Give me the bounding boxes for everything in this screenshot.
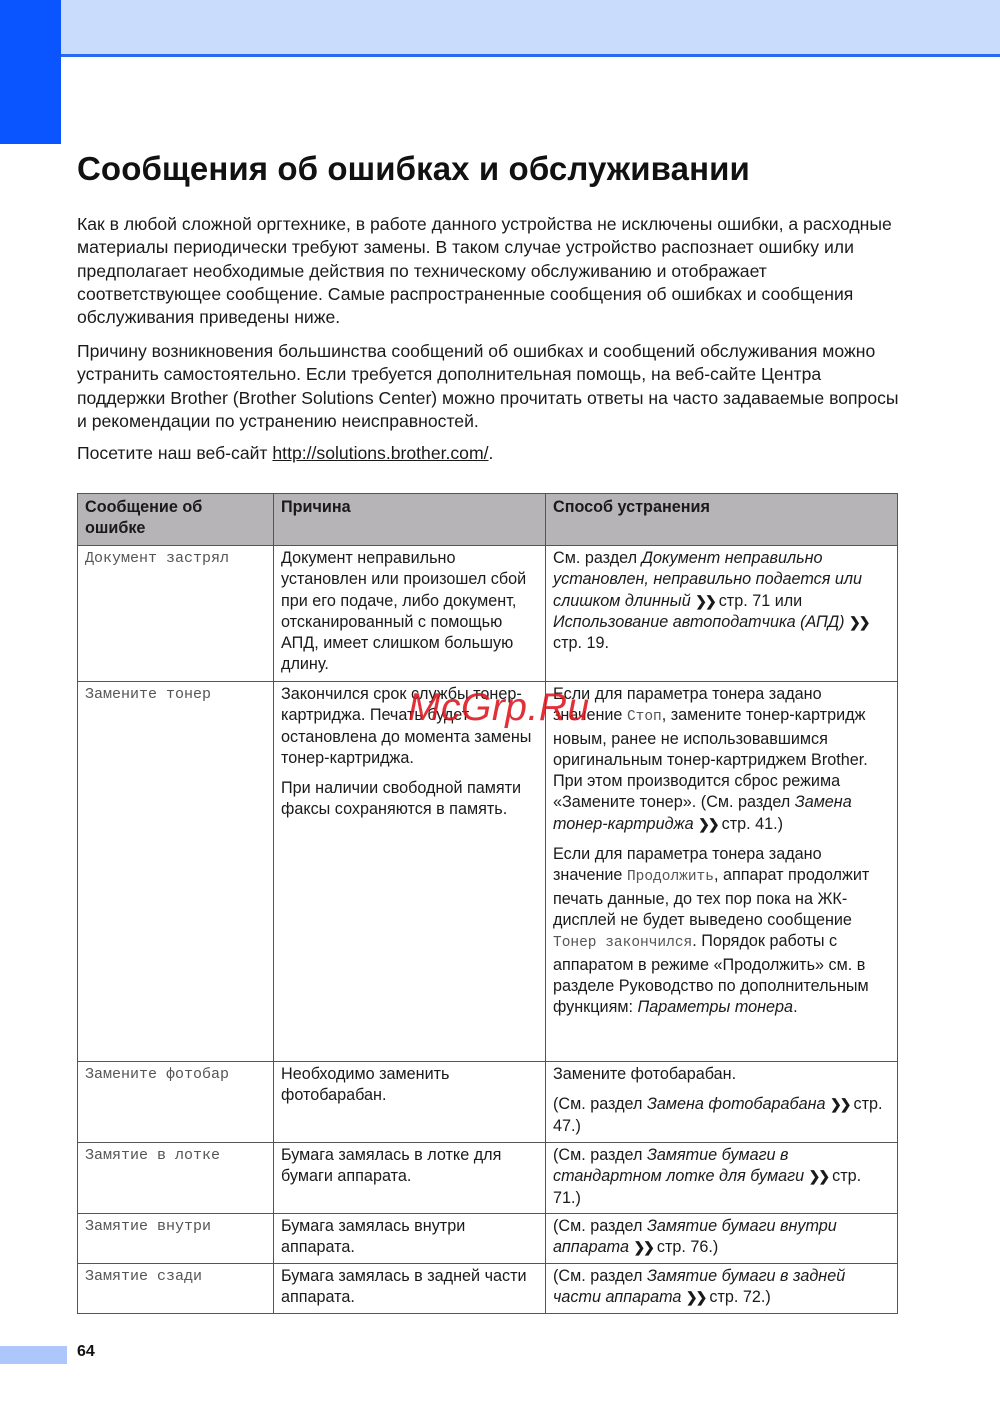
- double-chevron-icon: ❯❯: [809, 1168, 828, 1184]
- remedy-cell: (См. раздел Замятие бумаги внутри аппара…: [546, 1214, 898, 1264]
- lcd-value: Продолжить: [627, 869, 714, 885]
- cause-text: Бумага замялась внутри аппарата.: [281, 1216, 538, 1259]
- lcd-value: Стоп: [627, 709, 662, 725]
- error-messages-table: Сообщение об ошибке Причина Способ устра…: [77, 493, 898, 1314]
- cause-text: Бумага замялась в задней части аппарата.: [281, 1266, 538, 1309]
- remedy-text: (См. раздел: [553, 1095, 647, 1113]
- visit-prefix: Посетите наш веб-сайт: [77, 443, 272, 463]
- remedy-text: (См. раздел: [553, 1217, 647, 1235]
- table-row: Замятие внутри Бумага замялась внутри ап…: [78, 1214, 898, 1264]
- visit-website-line: Посетите наш веб-сайт http://solutions.b…: [77, 442, 907, 475]
- footer-bar: [0, 1346, 67, 1364]
- page-number: 64: [77, 1343, 95, 1361]
- column-header-message: Сообщение об ошибке: [78, 494, 274, 546]
- error-message-cell: Замятие сзади: [78, 1264, 274, 1314]
- table-row: Документ застрял Документ неправильно ус…: [78, 546, 898, 682]
- visit-suffix: .: [489, 443, 494, 463]
- intro-text-1: Как в любой сложной оргтехнике, в работе…: [77, 213, 907, 329]
- cause-cell: Бумага замялась в задней части аппарата.: [274, 1264, 546, 1314]
- intro-paragraph-1: Как в любой сложной оргтехнике, в работе…: [77, 213, 907, 339]
- section-reference[interactable]: Замена фотобарабана: [647, 1095, 826, 1113]
- header-band: [0, 0, 1000, 57]
- error-message-cell: Замятие внутри: [78, 1214, 274, 1264]
- cause-cell: Документ неправильно установлен или прои…: [274, 546, 546, 682]
- double-chevron-icon: ❯❯: [633, 1239, 652, 1255]
- section-reference[interactable]: Параметры тонера: [637, 998, 793, 1016]
- remedy-text: См. раздел: [553, 549, 642, 567]
- error-message-cell: Замените фотобар: [78, 1062, 274, 1143]
- error-message-cell: Замените тонер: [78, 682, 274, 1062]
- table-row: Замените фотобар Необходимо заменить фот…: [78, 1062, 898, 1143]
- cause-text: Документ неправильно установлен или прои…: [281, 548, 538, 676]
- table-row: Замените тонер Закончился срок службы то…: [78, 682, 898, 1062]
- lcd-message: Тонер закончился: [553, 935, 692, 951]
- remedy-cell: (См. раздел Замятие бумаги в стандартном…: [546, 1143, 898, 1214]
- page-reference: стр. 76.): [657, 1238, 718, 1256]
- column-header-remedy: Способ устранения: [546, 494, 898, 546]
- table-row: Замятие в лотке Бумага замялась в лотке …: [78, 1143, 898, 1214]
- cause-cell: Бумага замялась внутри аппарата.: [274, 1214, 546, 1264]
- cause-cell: Закончился срок службы тонер-картриджа. …: [274, 682, 546, 1062]
- remedy-text: .: [793, 998, 798, 1016]
- double-chevron-icon: ❯❯: [686, 1289, 705, 1305]
- error-message-cell: Замятие в лотке: [78, 1143, 274, 1214]
- remedy-cell: Если для параметра тонера задано значени…: [546, 682, 898, 1062]
- cause-text: При наличии свободной памяти факсы сохра…: [281, 778, 538, 821]
- cause-cell: Необходимо заменить фотобарабан.: [274, 1062, 546, 1143]
- cause-cell: Бумага замялась в лотке для бумаги аппар…: [274, 1143, 546, 1214]
- section-reference[interactable]: Использование автоподатчика (АПД): [553, 613, 845, 631]
- table-row: Замятие сзади Бумага замялась в задней ч…: [78, 1264, 898, 1314]
- intro-text-2: Причину возникновения большинства сообще…: [77, 340, 907, 433]
- double-chevron-icon: ❯❯: [830, 1096, 849, 1112]
- double-chevron-icon: ❯❯: [849, 614, 868, 630]
- page-reference: стр. 72.): [709, 1288, 770, 1306]
- page-reference: стр. 19.: [553, 634, 609, 652]
- remedy-text: Замените фотобарабан.: [553, 1064, 890, 1085]
- page-reference: стр. 41.): [722, 815, 783, 833]
- error-message-cell: Документ застрял: [78, 546, 274, 682]
- column-header-cause: Причина: [274, 494, 546, 546]
- remedy-text: (См. раздел: [553, 1267, 647, 1285]
- cause-text: Закончился срок службы тонер-картриджа. …: [281, 684, 538, 769]
- double-chevron-icon: ❯❯: [695, 593, 714, 609]
- page-reference: стр. 71 или: [719, 592, 803, 610]
- remedy-cell: (См. раздел Замятие бумаги в задней част…: [546, 1264, 898, 1314]
- remedy-cell: См. раздел Документ неправильно установл…: [546, 546, 898, 682]
- remedy-text: (См. раздел: [553, 1146, 647, 1164]
- table-header-row: Сообщение об ошибке Причина Способ устра…: [78, 494, 898, 546]
- solutions-center-link[interactable]: http://solutions.brother.com/: [272, 443, 488, 463]
- intro-paragraph-2: Причину возникновения большинства сообще…: [77, 340, 907, 443]
- cause-text: Бумага замялась в лотке для бумаги аппар…: [281, 1145, 538, 1188]
- double-chevron-icon: ❯❯: [698, 816, 717, 832]
- chapter-tab: [0, 0, 61, 144]
- cause-text: Необходимо заменить фотобарабан.: [281, 1064, 538, 1107]
- remedy-cell: Замените фотобарабан. (См. раздел Замена…: [546, 1062, 898, 1143]
- page-title: Сообщения об ошибках и обслуживании: [77, 150, 750, 188]
